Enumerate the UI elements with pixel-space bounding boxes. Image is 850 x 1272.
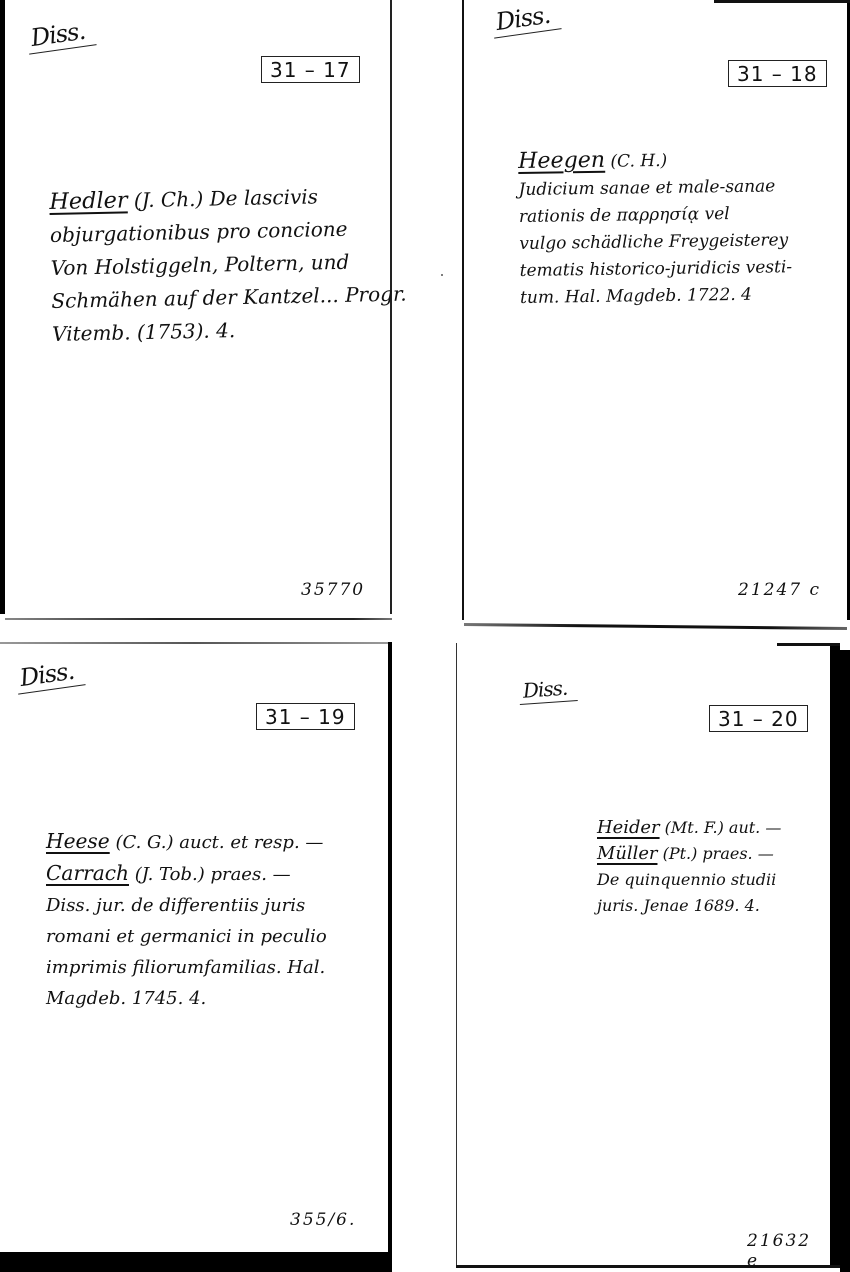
praeses-name: Müller [597, 843, 657, 864]
shelfmark-label: 31 – 18 [728, 60, 827, 87]
catalog-card-31-20: Diss. 31 – 20 Heider (Mt. F.) aut. — Mül… [456, 643, 840, 1265]
entry-line: Judicium sanae et male-sanae [518, 173, 791, 204]
scan-edge [840, 650, 850, 1272]
catalog-entry: Heese (C. G.) auct. et resp. — Carrach (… [46, 826, 327, 1014]
entry-line: (Mt. F.) aut. — [660, 818, 782, 837]
entry-line: romani et germanici in peculio [46, 921, 327, 952]
entry-line: tum. Hal. Magdeb. 1722. 4 [520, 281, 793, 312]
accession-number: 35770 [301, 580, 365, 600]
catalog-entry: Heider (Mt. F.) aut. — Müller (Pt.) prae… [597, 815, 781, 919]
entry-line: De quinquennio studii [597, 867, 781, 893]
entry-line: tematis historico-juridicis vesti- [520, 254, 793, 285]
author-name: Heegen [518, 147, 605, 174]
accession-number: 21247 c [738, 580, 821, 600]
card-heading: Diss. [518, 677, 578, 705]
catalog-entry: Hedler (J. Ch.) De lascivis objurgationi… [49, 179, 408, 351]
catalog-card-31-18: Diss. 31 – 18 Heegen (C. H.) Judicium sa… [462, 0, 850, 620]
entry-line: Vitemb. (1753). 4. [52, 311, 408, 351]
entry-line: rationis de παρρησίᾳ vel [519, 200, 792, 231]
card-edge [464, 623, 847, 630]
entry-line: (J. Tob.) praes. — [129, 864, 291, 885]
shelfmark-label: 31 – 20 [709, 705, 808, 732]
entry-line: (Pt.) praes. — [657, 844, 773, 863]
card-heading: Diss. [490, 1, 561, 38]
entry-line: (J. Ch.) De lascivis [127, 184, 318, 212]
author-name: Hedler [49, 187, 128, 215]
entry-line: juris. Jenae 1689. 4. [597, 893, 781, 919]
scan-edge [0, 1252, 392, 1272]
card-heading: Diss. [25, 17, 96, 54]
shelfmark-label: 31 – 19 [256, 703, 355, 730]
catalog-entry: Heegen (C. H.) Judicium sanae et male-sa… [518, 144, 793, 312]
card-edge [714, 0, 850, 3]
author-name: Heese [46, 829, 110, 853]
entry-line: vulgo schädliche Freygeisterey [519, 227, 792, 258]
card-heading: Diss. [14, 657, 85, 694]
scan-speck [441, 274, 443, 276]
card-edge [5, 618, 392, 620]
entry-line: Diss. jur. de differentiis juris [46, 890, 327, 921]
entry-line: imprimis filiorumfamilias. Hal. [46, 952, 327, 983]
catalog-card-31-17: Diss. 31 – 17 Hedler (J. Ch.) De lascivi… [0, 0, 392, 614]
entry-line: (C. G.) auct. et resp. — [110, 832, 324, 853]
praeses-name: Carrach [46, 861, 129, 885]
shelfmark-label: 31 – 17 [261, 56, 360, 83]
catalog-card-31-19: Diss. 31 – 19 Heese (C. G.) auct. et res… [0, 642, 392, 1252]
accession-number: 355/6. [290, 1210, 356, 1230]
entry-line: (C. H.) [605, 151, 667, 172]
card-edge [777, 643, 840, 646]
accession-number: 21632 e [747, 1231, 830, 1271]
entry-line: Magdeb. 1745. 4. [46, 983, 327, 1014]
card-edge [0, 642, 388, 644]
author-name: Heider [597, 817, 660, 838]
